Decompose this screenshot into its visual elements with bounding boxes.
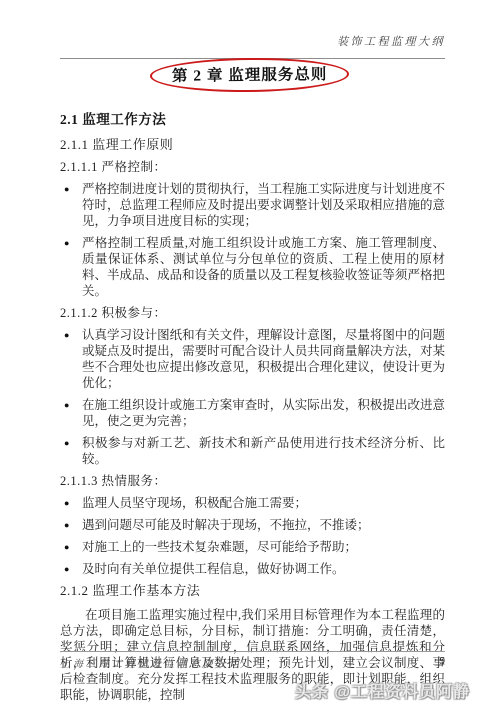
bullet-item: ● 认真学习设计图纸和有关文件，理解设计意图，尽量将图中的问题或疑点及时提出，需… bbox=[60, 327, 445, 391]
chapter-title: 第 2 章 监理服务总则 bbox=[172, 66, 328, 85]
footer-divider bbox=[60, 651, 445, 652]
bullet-text: 在施工组织设计或施工方案审查时，从实际出发，积极提出改进意见，使之更为完善； bbox=[82, 397, 445, 429]
bullet-text: 积极参与对新工艺、新技术和新产品使用进行技术经济分析、比较。 bbox=[82, 435, 445, 467]
page-number: 9 bbox=[440, 655, 446, 667]
document-body: 2.1 监理工作方法 2.1.1 监理工作原则 2.1.1.1 严格控制： ● … bbox=[60, 112, 445, 706]
section-heading-2-1-1: 2.1.1 监理工作原则 bbox=[60, 137, 445, 153]
section-heading-2-1-1-3: 2.1.1.3 热情服务： bbox=[60, 473, 445, 489]
chapter-title-row: 第 2 章 监理服务总则 bbox=[0, 58, 500, 92]
bullet-icon: ● bbox=[60, 397, 82, 429]
bullet-item: ● 严格控制工程质量,对施工组织设计或施工方案、施工管理制度、质量保证体系、测试… bbox=[60, 235, 445, 299]
bullet-text: 及时向有关单位提供工程信息，做好协调工作。 bbox=[82, 561, 445, 577]
bullet-icon: ● bbox=[60, 561, 82, 577]
bullet-icon: ● bbox=[60, 517, 82, 533]
bullet-text: 严格控制工程质量,对施工组织设计或施工方案、施工管理制度、质量保证体系、测试单位… bbox=[82, 235, 445, 299]
bullet-icon: ● bbox=[60, 539, 82, 555]
bullet-text: 严格控制进度计划的贯彻执行，当工程施工实际进度与计划进度不符时，总监理工程师应及… bbox=[82, 181, 445, 229]
bullet-item: ● 积极参与对新工艺、新技术和新产品使用进行技术经济分析、比较。 bbox=[60, 435, 445, 467]
footer-company-name: 上海三维工程建设监理有限公司 bbox=[60, 655, 242, 670]
section-heading-2-1-1-1: 2.1.1.1 严格控制： bbox=[60, 159, 445, 175]
header-doc-title: 装饰工程监理大纲 bbox=[337, 36, 445, 48]
page-header: 装饰工程监理大纲 bbox=[60, 33, 445, 49]
bullet-item: ● 遇到问题尽可能及时解决于现场，不拖拉，不推诿； bbox=[60, 517, 445, 533]
page-footer: 上海三维工程建设监理有限公司 9 bbox=[60, 655, 445, 670]
section-heading-2-1-2: 2.1.2 监理工作基本方法 bbox=[60, 583, 445, 599]
bullet-text: 遇到问题尽可能及时解决于现场，不拖拉，不推诿； bbox=[82, 517, 445, 533]
bullet-icon: ● bbox=[60, 235, 82, 299]
bullet-item: ● 在施工组织设计或施工方案审查时，从实际出发，积极提出改进意见，使之更为完善； bbox=[60, 397, 445, 429]
bullet-item: ● 及时向有关单位提供工程信息，做好协调工作。 bbox=[60, 561, 445, 577]
bullet-icon: ● bbox=[60, 435, 82, 467]
bullet-text: 对施工上的一些技术复杂难题，尽可能给予帮助； bbox=[82, 539, 445, 555]
bullet-icon: ● bbox=[60, 495, 82, 511]
red-ellipse-annotation: 第 2 章 监理服务总则 bbox=[150, 57, 350, 93]
toutiao-watermark: 头条 @工程资料员阿静 bbox=[295, 679, 470, 702]
bullet-item: ● 严格控制进度计划的贯彻执行，当工程施工实际进度与计划进度不符时，总监理工程师… bbox=[60, 181, 445, 229]
document-page: 装饰工程监理大纲 第 2 章 监理服务总则 2.1 监理工作方法 2.1.1 监… bbox=[0, 0, 500, 706]
bullet-item: ● 监理人员坚守现场，积极配合施工需要； bbox=[60, 495, 445, 511]
bullet-item: ● 对施工上的一些技术复杂难题，尽可能给予帮助； bbox=[60, 539, 445, 555]
bullet-icon: ● bbox=[60, 181, 82, 229]
bullet-text: 认真学习设计图纸和有关文件，理解设计意图，尽量将图中的问题或疑点及时提出，需要时… bbox=[82, 327, 445, 391]
section-heading-2-1: 2.1 监理工作方法 bbox=[60, 112, 445, 128]
section-heading-2-1-1-2: 2.1.1.2 积极参与： bbox=[60, 305, 445, 321]
bullet-icon: ● bbox=[60, 327, 82, 391]
bullet-text: 监理人员坚守现场，积极配合施工需要； bbox=[82, 495, 445, 511]
